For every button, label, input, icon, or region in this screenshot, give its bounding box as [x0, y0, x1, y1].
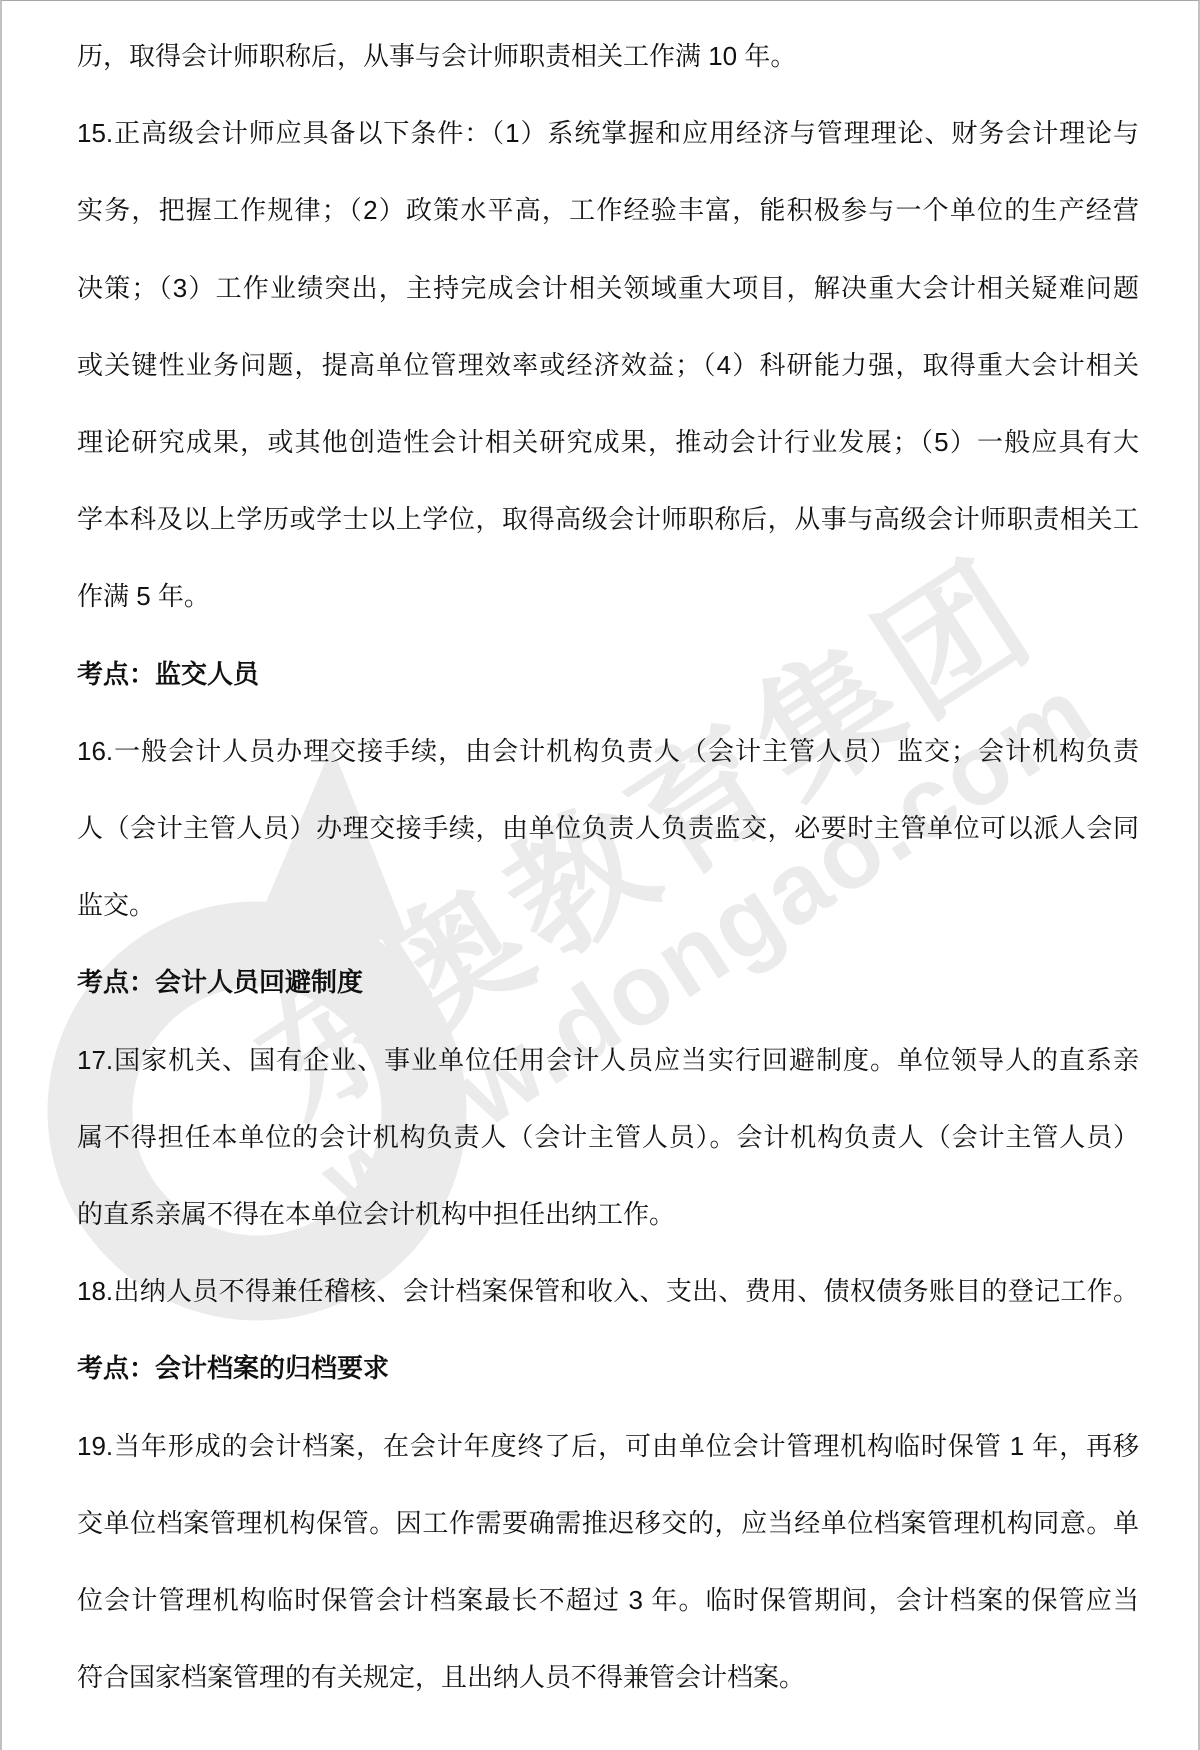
screen: 东奥教育集团 www.dongao.com 历，取得会计师职称后，从事与会计师职… [0, 0, 1200, 1750]
text-line: 的直系亲属不得在本单位会计机构中担任出纳工作。 [77, 1193, 1139, 1235]
text-line: 监交。 [77, 884, 1139, 926]
text-line: 位会计管理机构临时保管会计档案最长不超过 3 年。临时保管期间，会计档案的保管应… [77, 1579, 1139, 1621]
text-line: 决策；（3）工作业绩突出，主持完成会计相关领域重大项目，解决重大会计相关疑难问题 [77, 267, 1139, 309]
text-line: 学本科及以上学历或学士以上学位，取得高级会计师职称后，从事与高级会计师职责相关工 [77, 498, 1139, 540]
text-line: 或关键性业务问题，提高单位管理效率或经济效益；（4）科研能力强，取得重大会计相关 [77, 344, 1139, 386]
text-line: 17.国家机关、国有企业、事业单位任用会计人员应当实行回避制度。单位领导人的直系… [77, 1039, 1139, 1081]
topic-heading: 考点：会计档案的归档要求 [77, 1347, 1139, 1389]
text-line: 人（会计主管人员）办理交接手续，由单位负责人负责监交，必要时主管单位可以派人会同 [77, 807, 1139, 849]
text-line: 实务，把握工作规律；（2）政策水平高，工作经验丰富，能积极参与一个单位的生产经营 [77, 189, 1139, 231]
text-line: 16.一般会计人员办理交接手续，由会计机构负责人（会计主管人员）监交；会计机构负… [77, 730, 1139, 772]
text-line: 19.当年形成的会计档案，在会计年度终了后，可由单位会计管理机构临时保管 1 年… [77, 1425, 1139, 1467]
topic-heading: 考点：会计人员回避制度 [77, 961, 1139, 1003]
text-line: 作满 5 年。 [77, 575, 1139, 617]
text-line: 历，取得会计师职称后，从事与会计师职责相关工作满 10 年。 [77, 35, 1139, 77]
text-line: 符合国家档案管理的有关规定，且出纳人员不得兼管会计档案。 [77, 1656, 1139, 1698]
text-line: 18.出纳人员不得兼任稽核、会计档案保管和收入、支出、费用、债权债务账目的登记工… [77, 1270, 1139, 1312]
text-line: 属不得担任本单位的会计机构负责人（会计主管人员）。会计机构负责人（会计主管人员） [77, 1116, 1139, 1158]
document-content: 历，取得会计师职称后，从事与会计师职责相关工作满 10 年。15.正高级会计师应… [77, 1, 1139, 1750]
text-line: 15.正高级会计师应具备以下条件：（1）系统掌握和应用经济与管理理论、财务会计理… [77, 112, 1139, 154]
text-line: 交单位档案管理机构保管。因工作需要确需推迟移交的，应当经单位档案管理机构同意。单 [77, 1502, 1139, 1544]
document-page: 东奥教育集团 www.dongao.com 历，取得会计师职称后，从事与会计师职… [0, 0, 1200, 1750]
topic-heading: 考点：监交人员 [77, 653, 1139, 695]
text-line: 理论研究成果，或其他创造性会计相关研究成果，推动会计行业发展；（5）一般应具有大 [77, 421, 1139, 463]
